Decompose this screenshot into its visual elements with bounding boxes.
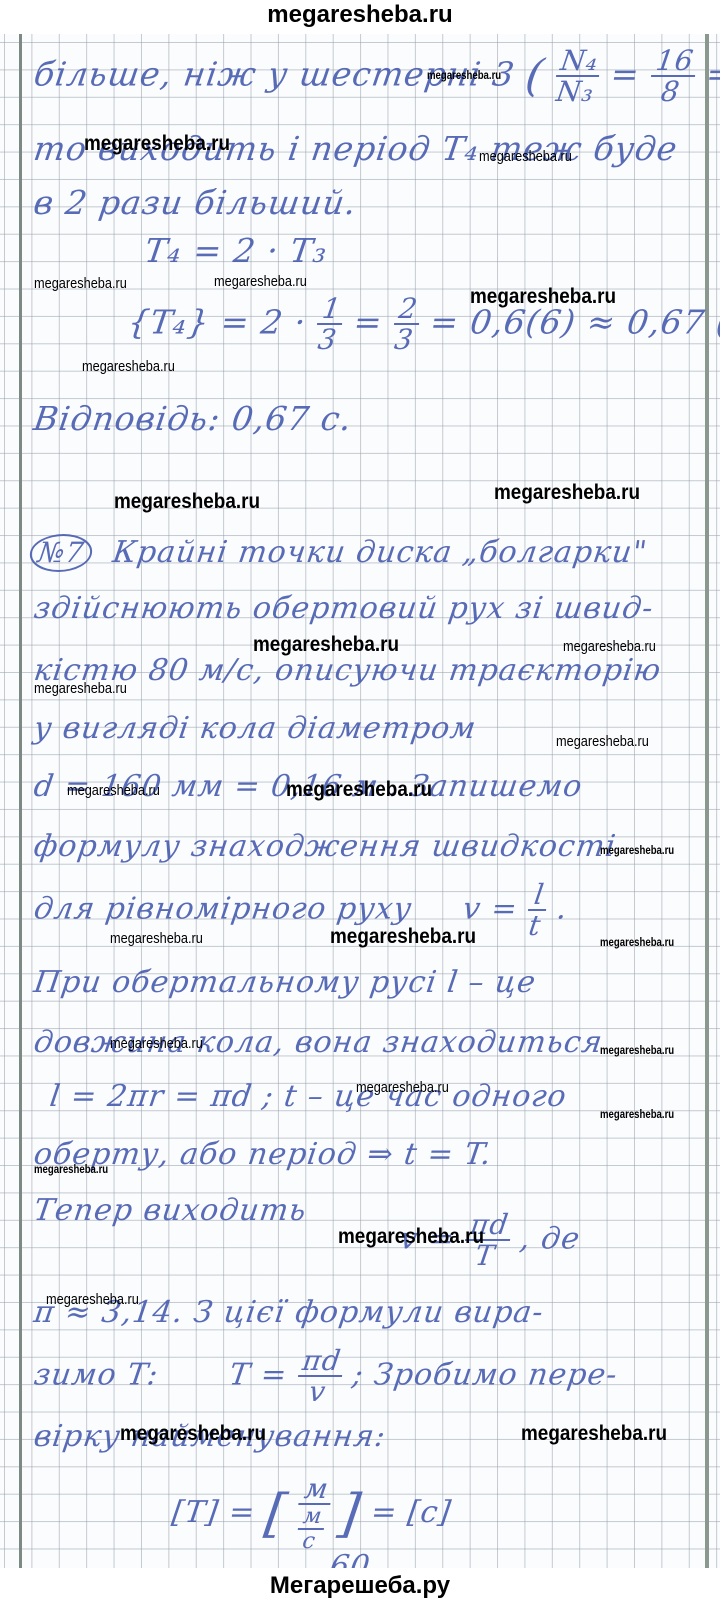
- watermark: megaresheba.ru: [494, 481, 640, 505]
- watermark: megaresheba.ru: [67, 782, 160, 799]
- fraction-numerator: πd: [297, 1346, 346, 1377]
- watermark: megaresheba.ru: [110, 1035, 203, 1052]
- fraction-numerator: N₄: [555, 46, 603, 77]
- ratio-value-fraction: 16 8: [647, 46, 699, 107]
- fraction-numerator: 2: [394, 294, 423, 325]
- fraction-numerator: l: [528, 880, 551, 911]
- line-text: Крайні точки диска „болгарки": [110, 535, 649, 570]
- fraction-two-thirds: 2 3: [390, 294, 423, 355]
- task-7-line-4: у вигляді кола діаметром: [32, 714, 478, 744]
- fraction-numerator: 16: [651, 46, 699, 77]
- line-text: для рівномірного руху: [32, 891, 415, 926]
- watermark: megaresheba.ru: [34, 680, 127, 697]
- units-check: [T] = [ м м с ] = [c]: [166, 1474, 456, 1554]
- watermark: megaresheba.ru: [286, 778, 432, 802]
- watermark: megaresheba.ru: [120, 1422, 266, 1446]
- watermark: megaresheba.ru: [356, 1079, 449, 1096]
- fraction-numerator: 1: [317, 294, 346, 325]
- ratio-fraction: N₄ N₃: [551, 46, 603, 107]
- period-fraction: πd v: [293, 1346, 346, 1407]
- task-7-line-8: При обертальному русі l – це: [32, 968, 538, 998]
- task-7-line-15: зимо T: T = πd v ; Зробимо пере-: [30, 1346, 622, 1407]
- watermark: megaresheba.ru: [600, 843, 674, 857]
- ratio-result: =2: [704, 54, 720, 93]
- site-header: megaresheba.ru: [0, 0, 720, 34]
- line-text: , де: [518, 1221, 583, 1256]
- eq-lhs: [T] =: [170, 1495, 258, 1530]
- watermark: megaresheba.ru: [338, 1225, 484, 1249]
- watermark: megaresheba.ru: [556, 733, 649, 750]
- fraction-denominator: 3: [390, 325, 419, 354]
- line-text: зимо T:: [32, 1357, 161, 1392]
- task-7-line-10: l = 2πr = πd ; t – це час одного: [48, 1082, 569, 1112]
- fraction-denominator: 8: [647, 77, 695, 106]
- fraction-numerator: м: [298, 1505, 327, 1530]
- site-footer: Мегарешеба.ру: [0, 1568, 720, 1606]
- watermark: megaresheba.ru: [563, 638, 656, 655]
- watermark: megaresheba.ru: [600, 935, 674, 949]
- fraction-denominator: м с: [292, 1505, 330, 1553]
- eq-lhs: T =: [227, 1357, 290, 1392]
- watermark: megaresheba.ru: [34, 1162, 108, 1176]
- fraction-one-third: 1 3: [313, 294, 346, 355]
- left-margin-line: [19, 34, 22, 1568]
- answer-line: Відповідь: 0,67 с.: [32, 402, 355, 435]
- watermark: megaresheba.ru: [600, 1107, 674, 1121]
- watermark: megaresheba.ru: [46, 1291, 139, 1308]
- fraction-denominator: v: [293, 1377, 341, 1406]
- equals-sign: =: [608, 54, 642, 93]
- watermark: megaresheba.ru: [521, 1422, 667, 1446]
- watermark: megaresheba.ru: [479, 148, 572, 165]
- watermark: megaresheba.ru: [114, 490, 260, 514]
- watermark: megaresheba.ru: [110, 930, 203, 947]
- watermark: megaresheba.ru: [470, 285, 616, 309]
- watermark: megaresheba.ru: [214, 273, 307, 290]
- fraction-denominator: N₃: [551, 77, 599, 106]
- fraction-denominator: 3: [313, 325, 342, 354]
- eq-lhs: v =: [461, 891, 521, 926]
- units-fraction: м м с: [292, 1474, 334, 1554]
- equation-t4-value: {T₄} = 2 · 1 3 = 2 3 = 0,6(6) ≈ 0,67 (c): [124, 294, 720, 355]
- watermark: megaresheba.ru: [427, 68, 501, 82]
- fraction-denominator: с: [295, 1530, 323, 1553]
- watermark: megaresheba.ru: [82, 358, 175, 375]
- task-7-line-12: Тепер виходить: [32, 1196, 309, 1226]
- task-7-line-2: здійснюють обертовий рух зі швид-: [32, 594, 656, 624]
- handwritten-line-1: більше, ніж у шестерні 3 ( N₄ N₃ = 16 8 …: [30, 46, 720, 107]
- task-7-line-1: №7 Крайні точки диска „болгарки": [27, 534, 649, 572]
- velocity-fraction: l t: [524, 880, 551, 941]
- task-number-badge: №7: [27, 534, 95, 572]
- fraction-denominator: t: [524, 911, 546, 940]
- task-7-line-6: формулу знаходження швидкості: [32, 832, 618, 862]
- watermark: megaresheba.ru: [84, 132, 230, 156]
- eq-lhs: {T₄} = 2 ·: [126, 302, 309, 341]
- equation-t4: T₄ = 2 · T₃: [143, 234, 330, 267]
- fraction-numerator: м: [299, 1474, 335, 1505]
- watermark: megaresheba.ru: [34, 275, 127, 292]
- handwritten-line-3: в 2 рази більший.: [32, 186, 359, 219]
- eq-rhs: = [c]: [369, 1495, 454, 1530]
- watermark: megaresheba.ru: [330, 925, 476, 949]
- equals-sign: =: [351, 302, 385, 341]
- watermark: megaresheba.ru: [600, 1043, 674, 1057]
- line-text: ; Зробимо пере-: [350, 1357, 620, 1392]
- watermark: megaresheba.ru: [253, 633, 399, 657]
- right-margin-line: [705, 34, 709, 1568]
